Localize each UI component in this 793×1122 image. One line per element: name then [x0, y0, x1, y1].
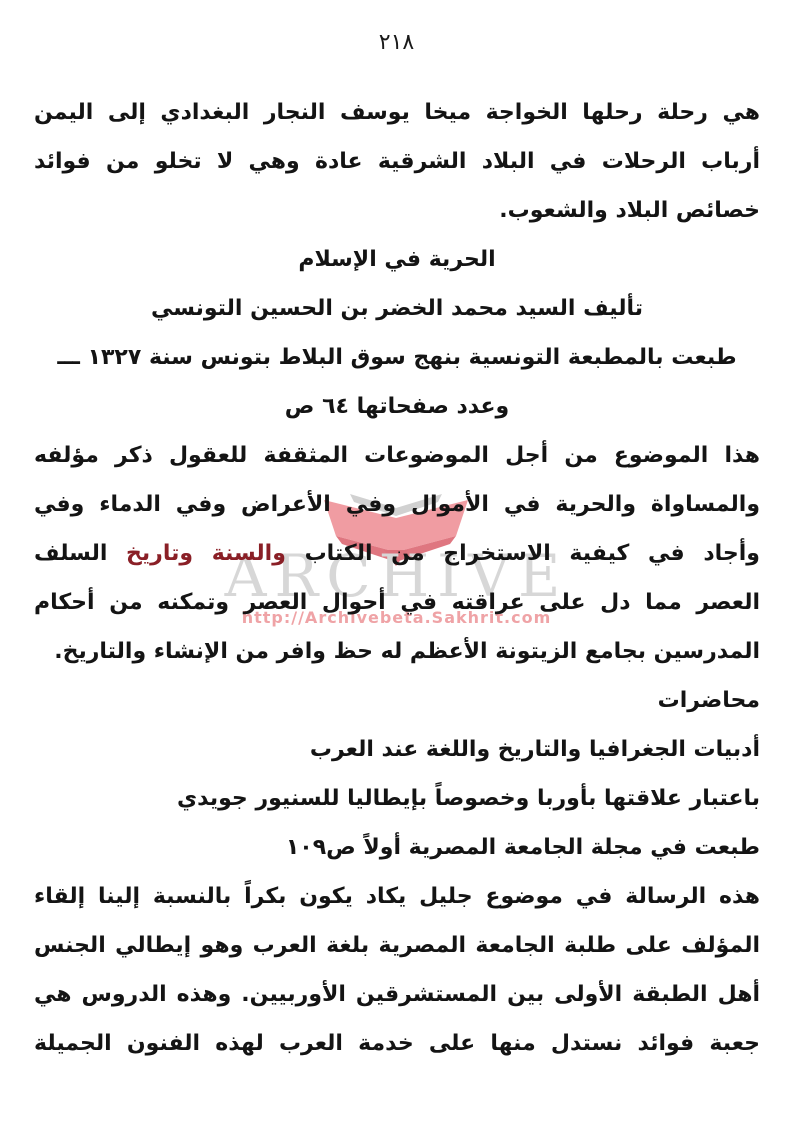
book-author: تأليف السيد محمد الخضر بن الحسين التونسي: [34, 284, 760, 333]
lectures-subtitle: باعتبار علاقتها بأوربا وخصوصاً بإيطاليا …: [34, 774, 760, 823]
paragraph-review-freedom: هذا الموضوع من أجل الموضوعات المثقفة للع…: [34, 431, 760, 676]
page-text: هي رحلة رحلها الخواجة ميخا يوسف النجار ا…: [34, 88, 760, 1068]
text-line: أهل الطبقة الأولى بين المستشرقين الأوربي…: [34, 970, 760, 1019]
text-line: المدرسين بجامع الزيتونة الأعظم له حظ واف…: [34, 627, 760, 676]
lectures-imprint: طبعت في مجلة الجامعة المصرية أولاً ص١٠٩: [34, 823, 760, 872]
page-number: ٢١٨: [0, 30, 793, 55]
text-line: جعبة فوائد نستدل منها على خدمة العرب لهذ…: [34, 1019, 760, 1068]
text-line: المؤلف على طلبة الجامعة المصرية بلغة الع…: [34, 921, 760, 970]
text-segment: وأجاد في كيفية الاستخراج من الكتاب: [305, 541, 760, 566]
text-line: العصر مما دل على عراقته في أحوال العصر و…: [34, 578, 760, 627]
book-title: الحرية في الإسلام: [34, 235, 760, 284]
paragraph-review-lectures: هذه الرسالة في موضوع جليل يكاد يكون بكرا…: [34, 872, 760, 1068]
paragraph-travelogue: هي رحلة رحلها الخواجة ميخا يوسف النجار ا…: [34, 88, 760, 235]
book-pages: وعدد صفحاتها ٦٤ ص: [34, 382, 760, 431]
text-segment-red-overlap: والسنة وتاريخ: [126, 541, 286, 566]
scanned-page: ARCHIVE http://Archivebeta.Sakhrit.com ٢…: [0, 0, 793, 1122]
text-line: هذا الموضوع من أجل الموضوعات المثقفة للع…: [34, 431, 760, 480]
text-line: أرباب الرحلات في البلاد الشرقية عادة وهي…: [34, 137, 760, 186]
text-line: خصائص البلاد والشعوب.: [34, 186, 760, 235]
book-entry-heading: الحرية في الإسلام تأليف السيد محمد الخضر…: [34, 235, 760, 431]
text-line: هي رحلة رحلها الخواجة ميخا يوسف النجار ا…: [34, 88, 760, 137]
lectures-entry-heading: محاضرات أدبيات الجغرافيا والتاريخ واللغة…: [34, 676, 760, 872]
text-line: هذه الرسالة في موضوع جليل يكاد يكون بكرا…: [34, 872, 760, 921]
text-line: وأجاد في كيفية الاستخراج من الكتاب والسن…: [34, 529, 760, 578]
lectures-title: أدبيات الجغرافيا والتاريخ واللغة عند الع…: [34, 725, 760, 774]
book-imprint: طبعت بالمطبعة التونسية بنهج سوق البلاط ب…: [34, 333, 760, 382]
text-line: والمساواة والحرية في الأموال وفي الأعراض…: [34, 480, 760, 529]
lectures-heading: محاضرات: [34, 676, 760, 725]
